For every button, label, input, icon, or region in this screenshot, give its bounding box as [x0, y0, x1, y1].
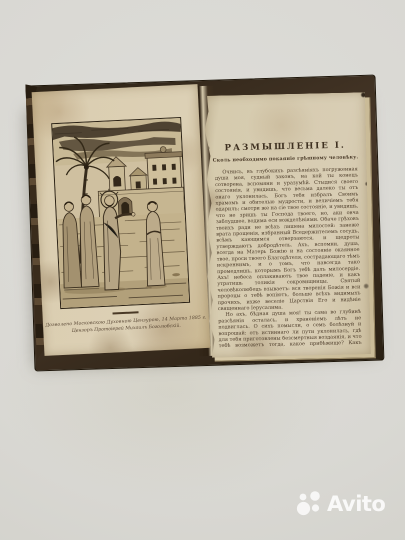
- avito-logo-icon: [296, 490, 323, 517]
- left-page: Дозволено Московскою Духовною Цензурою, …: [32, 84, 211, 356]
- chapter-subtitle: Сколь необходимо покаяніе грѣшному челов…: [204, 154, 366, 163]
- chapter-heading: РАЗМЫШЛЕНІЕ I.: [204, 140, 366, 154]
- body-paragraph: Но ахъ, бѣдная душа моя! ты сама во глуб…: [218, 309, 362, 350]
- caption-divider: [113, 311, 139, 314]
- right-page: РАЗМЫШЛЕНІЕ I. Сколь необходимо покаяніе…: [203, 92, 371, 358]
- body-paragraph: Очнись, въ глубокихъ разсѣяніяхъ погруже…: [215, 166, 361, 312]
- woodcut-illustration: [51, 117, 190, 309]
- avito-wordmark: Avito: [327, 492, 385, 516]
- photo-background: Дозволено Московскою Духовною Цензурою, …: [0, 0, 405, 540]
- avito-watermark: Avito: [296, 490, 385, 517]
- page-text-block: Очнись, въ глубокихъ разсѣяніяхъ погруже…: [215, 166, 362, 349]
